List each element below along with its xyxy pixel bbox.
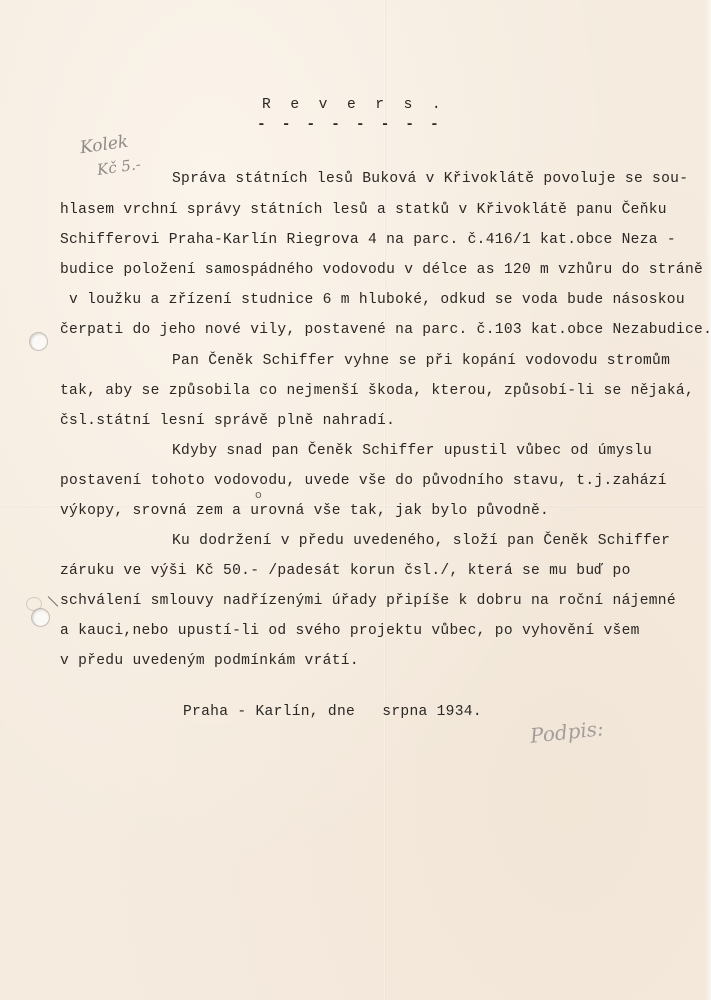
document-line: tak, aby se způsobila co nejmenší škoda,… (60, 384, 694, 399)
document-line: Správa státních lesů Buková v Křivoklátě… (172, 172, 688, 187)
document-line: postavení tohoto vodovodu, uvede vše do … (60, 474, 667, 489)
document-line: v předu uvedeným podmínkám vrátí. (60, 654, 359, 669)
vertical-fold-crease (384, 0, 386, 1000)
punch-hole-icon (30, 333, 47, 350)
document-line: čsl.státní lesní správě plně nahradí. (60, 414, 395, 429)
document-line: Ku dodržení v předu uvedeného, složí pan… (172, 534, 670, 549)
document-line: čerpati do jeho nové vily, postavené na … (60, 323, 711, 338)
document-line: schválení smlouvy nadřízenými úřady přip… (60, 594, 676, 609)
document-line: Schifferovi Praha-Karlín Riegrova 4 na p… (60, 233, 676, 248)
document-line: hlasem vrchní správy státních lesů a sta… (60, 203, 667, 218)
document-line: výkopy, srovná zem a urovná vše tak, jak… (60, 504, 549, 519)
document-line: Pan Čeněk Schiffer vyhne se při kopání v… (172, 354, 670, 369)
handwritten-correction-mark: o (255, 488, 262, 501)
document-line: a kauci,nebo upustí-li od svého projektu… (60, 624, 640, 639)
document-line: v loužku a zřízení studnice 6 m hluboké,… (69, 293, 685, 308)
document-line: Kdyby snad pan Čeněk Schiffer upustil vů… (172, 444, 652, 459)
document-line: záruku ve výši Kč 50.- /padesát korun čs… (60, 564, 631, 579)
title-underline: - - - - - - - - (257, 118, 442, 133)
paper-right-edge (705, 0, 711, 1000)
document-title: R e v e r s . (262, 98, 446, 113)
document-line: budice položení samospádného vodovodu v … (60, 263, 703, 278)
place-and-date: Praha - Karlín, dne srpna 1934. (183, 705, 482, 720)
punch-hole-icon (32, 609, 49, 626)
